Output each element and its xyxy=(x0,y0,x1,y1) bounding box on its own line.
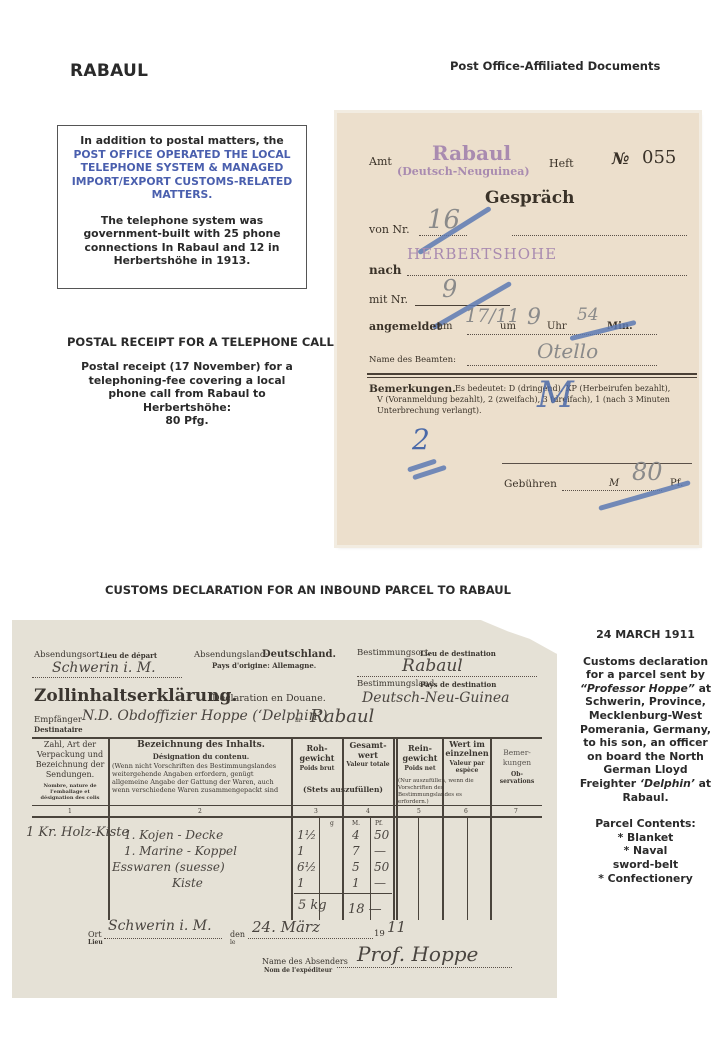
col-4-header-fr: Valeur totale xyxy=(345,761,391,768)
stamp-destination: HERBERTSHOHE xyxy=(407,245,557,263)
col-num: 6 xyxy=(464,808,468,815)
fee-rule xyxy=(502,463,692,464)
recipient-label: Empfänger xyxy=(34,715,82,725)
departure-label: Absendungsort. xyxy=(34,650,102,660)
caption-line: phone call from Rabaul to xyxy=(62,387,312,401)
origin-label-fr: Pays d'origine: Allemagne. xyxy=(212,661,316,670)
departure-value: Schwerin i. M. xyxy=(52,660,156,676)
col-divider xyxy=(291,737,293,920)
angemeldet-label: angemeldet xyxy=(369,320,441,333)
place-line xyxy=(104,938,222,939)
page-title: RABAUL xyxy=(70,61,148,81)
unit-mark: M. xyxy=(352,820,360,827)
col-3-header-fr: Poids brut xyxy=(294,765,340,772)
col-1-header: Zahl, Art der Verpackung und Bezeichnung… xyxy=(34,740,106,780)
handwritten-mark-m: M xyxy=(537,375,574,416)
destination-line xyxy=(357,676,537,677)
fee-mark-unit: M xyxy=(609,478,619,489)
telephone-caption: Postal receipt (17 November) for a telep… xyxy=(62,360,312,428)
item-mark: 4 xyxy=(352,828,360,842)
um-label: um xyxy=(500,321,516,332)
form-title: Gespräch xyxy=(485,188,574,208)
sender-signature: Prof. Hoppe xyxy=(357,942,478,966)
col-5-header-fr: Poids net xyxy=(398,765,442,772)
dest-country-value: Deutsch-Neu-Guinea xyxy=(362,690,510,706)
telephone-section-heading: POSTAL RECEIPT FOR A TELEPHONE CALL xyxy=(67,335,334,349)
recipient-label-fr: Destinataire xyxy=(34,725,83,734)
date-label: den xyxy=(230,930,245,939)
col-num: 3 xyxy=(314,808,318,815)
caption-line: Herbertshöhe: xyxy=(62,401,312,415)
destination-value: Rabaul xyxy=(402,656,463,676)
col-num: 4 xyxy=(366,808,370,815)
remarks-text-3: Unterbrechung verlangt). xyxy=(377,406,482,415)
parcel-contents-heading: Parcel Contents: xyxy=(578,817,713,831)
total-value: 18 — xyxy=(348,902,382,917)
body-rule xyxy=(32,816,542,818)
col-6-header-fr: Valeur par espèce xyxy=(444,760,490,774)
caption-line: 80 Pfg. xyxy=(62,414,312,428)
item-pf: — xyxy=(374,844,386,858)
date-value: 24. März xyxy=(252,918,320,936)
page-subtitle: Post Office-Affiliated Documents xyxy=(450,59,660,73)
beamter-label: Name des Beamten: xyxy=(369,355,456,365)
fee-line xyxy=(562,490,662,491)
place-label: Ort xyxy=(88,930,102,939)
col-6-header: Wert im einzelnen xyxy=(444,740,490,758)
col-3-header: Roh-gewicht xyxy=(294,743,340,763)
col-2-header: Bezeichnung des Inhalts. xyxy=(112,740,290,750)
unit-pf: Pf. xyxy=(375,820,383,827)
col-num: 1 xyxy=(68,808,72,815)
divider xyxy=(367,373,697,375)
caption-text: at Schwerin, Province, Mecklenburg-West … xyxy=(580,682,711,790)
unit-g: g xyxy=(330,820,334,827)
sender-line xyxy=(337,967,512,968)
von-line-2 xyxy=(512,235,687,236)
remarks-text-2: V (Voranmeldung bezahlt), 2 (zweifach), … xyxy=(377,395,670,404)
handwritten-mark-2: 2 xyxy=(412,423,430,456)
caption-ship-name: ‘Delphin’ xyxy=(640,777,695,790)
item-weight: 6½ xyxy=(297,860,316,874)
col-5-header: Rein-gewicht xyxy=(398,743,442,763)
beamter-line xyxy=(467,365,657,366)
date-line xyxy=(248,938,373,939)
sender-label: Name des Absenders xyxy=(262,957,348,966)
in-label: in xyxy=(295,717,301,724)
col-2-note: (Wenn nicht Vorschriften des Bestimmungs… xyxy=(112,762,290,794)
uhr-label: Uhr xyxy=(547,321,567,332)
number-label: № xyxy=(612,149,629,168)
item-desc: Kiste xyxy=(172,876,203,890)
item-desc: 1. Kojen - Decke xyxy=(124,828,223,842)
col-1-header-fr: Nombre, nature de l'emballage et désigna… xyxy=(34,783,106,801)
parcel-content-item: sword-belt xyxy=(578,858,713,872)
item-pf: 50 xyxy=(374,828,389,842)
place-value: Schwerin i. M. xyxy=(108,918,212,934)
col-7-header: Bemer-kungen xyxy=(494,748,540,768)
departure-line xyxy=(32,677,182,678)
stamp-region: (Deutsch-Neuguinea) xyxy=(397,165,530,178)
mit-label: mit Nr. xyxy=(369,293,408,306)
fee-value: 80 xyxy=(632,458,663,486)
item-weight: 1 xyxy=(297,844,305,858)
sender-label-fr: Nom de l'expéditeur xyxy=(264,967,332,974)
col-num: 7 xyxy=(514,808,518,815)
info-highlight: POST OFFICE OPERATED THE LOCAL TELEPHONE… xyxy=(64,148,300,202)
angemeldet-line xyxy=(467,334,657,335)
info-intro: In addition to postal matters, the xyxy=(64,134,300,148)
parcel-contents: Parcel Contents: * Blanket * Naval sword… xyxy=(578,817,713,885)
caption-text: Customs declaration for a parcel sent by xyxy=(583,655,708,682)
telephone-receipt-document: Amt Rabaul (Deutsch-Neuguinea) Heft № 05… xyxy=(337,113,699,545)
sub-col-divider xyxy=(467,818,468,920)
remarks-label: Bemerkungen. xyxy=(369,383,456,395)
total-weight: 5 kg xyxy=(298,898,327,913)
place-label-fr: Lieu xyxy=(88,939,103,946)
item-desc: 1. Marine - Koppel xyxy=(124,844,237,858)
col-7-header-fr: Ob-servations xyxy=(494,771,540,785)
von-label: von Nr. xyxy=(369,223,410,236)
item-desc: Esswaren (suesse) xyxy=(112,860,225,874)
parcel-content-item: * Confectionery xyxy=(578,872,713,886)
col-4-header: Gesamt-wert xyxy=(345,740,391,760)
heft-label: Heft xyxy=(549,157,574,170)
year-value: 11 xyxy=(387,918,406,936)
item-mark: 5 xyxy=(352,860,360,874)
item-weight: 1½ xyxy=(297,828,316,842)
item-mark: 7 xyxy=(352,844,360,858)
item-pf: 50 xyxy=(374,860,389,874)
recipient-value: N.D. Obdoffizier Hoppe (‘Delphin’) xyxy=(82,708,328,724)
col-2-header-fr: Désignation du contenu. xyxy=(112,752,290,761)
caption-line: telephoning-fee covering a local xyxy=(62,374,312,388)
nach-label: nach xyxy=(369,263,402,277)
um-value: 9 xyxy=(527,305,541,330)
col-divider xyxy=(393,737,395,920)
caption-body: Customs declaration for a parcel sent by… xyxy=(578,655,713,805)
parcel-content-item: * Naval xyxy=(578,844,713,858)
year-prefix: 19 xyxy=(374,929,385,939)
customs-form-title-fr: Déclaration en Douane. xyxy=(212,693,326,704)
customs-section-heading: CUSTOMS DECLARATION FOR AN INBOUND PARCE… xyxy=(105,583,511,597)
item-pf: — xyxy=(374,876,386,890)
min-value: 54 xyxy=(577,305,599,325)
item-mark: 1 xyxy=(352,876,360,890)
customs-declaration-document: Absendungsort. Lieu de départ Schwerin i… xyxy=(12,620,557,998)
caption-sender-name: “Professor Hoppe” xyxy=(580,682,695,695)
mit-value: 9 xyxy=(442,275,457,303)
origin-label: Absendungsland: xyxy=(194,650,268,660)
amt-label: Amt xyxy=(369,155,392,168)
item-weight: 1 xyxy=(297,876,305,890)
stamp-office: Rabaul xyxy=(432,141,511,165)
am-label: am xyxy=(437,321,452,332)
origin-value: Deutschland. xyxy=(262,649,336,660)
dest-country-label-fr: Pays de destination xyxy=(420,680,496,689)
caption-line: Postal receipt (17 November) for a xyxy=(62,360,312,374)
note-fill-if-required: (Nur auszufüllen, wenn die Vorschriften … xyxy=(398,778,490,806)
col-num: 2 xyxy=(198,808,202,815)
customs-caption: 24 MARCH 1911 Customs declaration for a … xyxy=(578,628,713,885)
note-always-fill: (Stets auszufüllen) xyxy=(294,785,392,794)
fee-label: Gebühren xyxy=(504,478,557,490)
receipt-number: 055 xyxy=(642,147,676,168)
caption-date: 24 MARCH 1911 xyxy=(578,628,713,642)
beamter-value: Otello xyxy=(537,339,598,363)
divider xyxy=(367,377,697,378)
info-box: In addition to postal matters, the POST … xyxy=(57,125,307,289)
customs-form-title: Zollinhaltserklärung. xyxy=(34,686,237,706)
departure-label-fr: Lieu de départ xyxy=(100,651,157,660)
in-value: Rabaul xyxy=(310,706,374,727)
parcel-content-item: * Blanket xyxy=(578,831,713,845)
package-description: 1 Kr. Holz-Kiste xyxy=(26,825,129,840)
date-label-fr: le xyxy=(230,939,235,946)
sub-col-divider xyxy=(418,818,419,920)
col-divider xyxy=(490,737,492,920)
info-telephone-note: The telephone system was government-buil… xyxy=(64,214,300,268)
total-rule xyxy=(294,893,392,894)
col-num: 5 xyxy=(417,808,421,815)
